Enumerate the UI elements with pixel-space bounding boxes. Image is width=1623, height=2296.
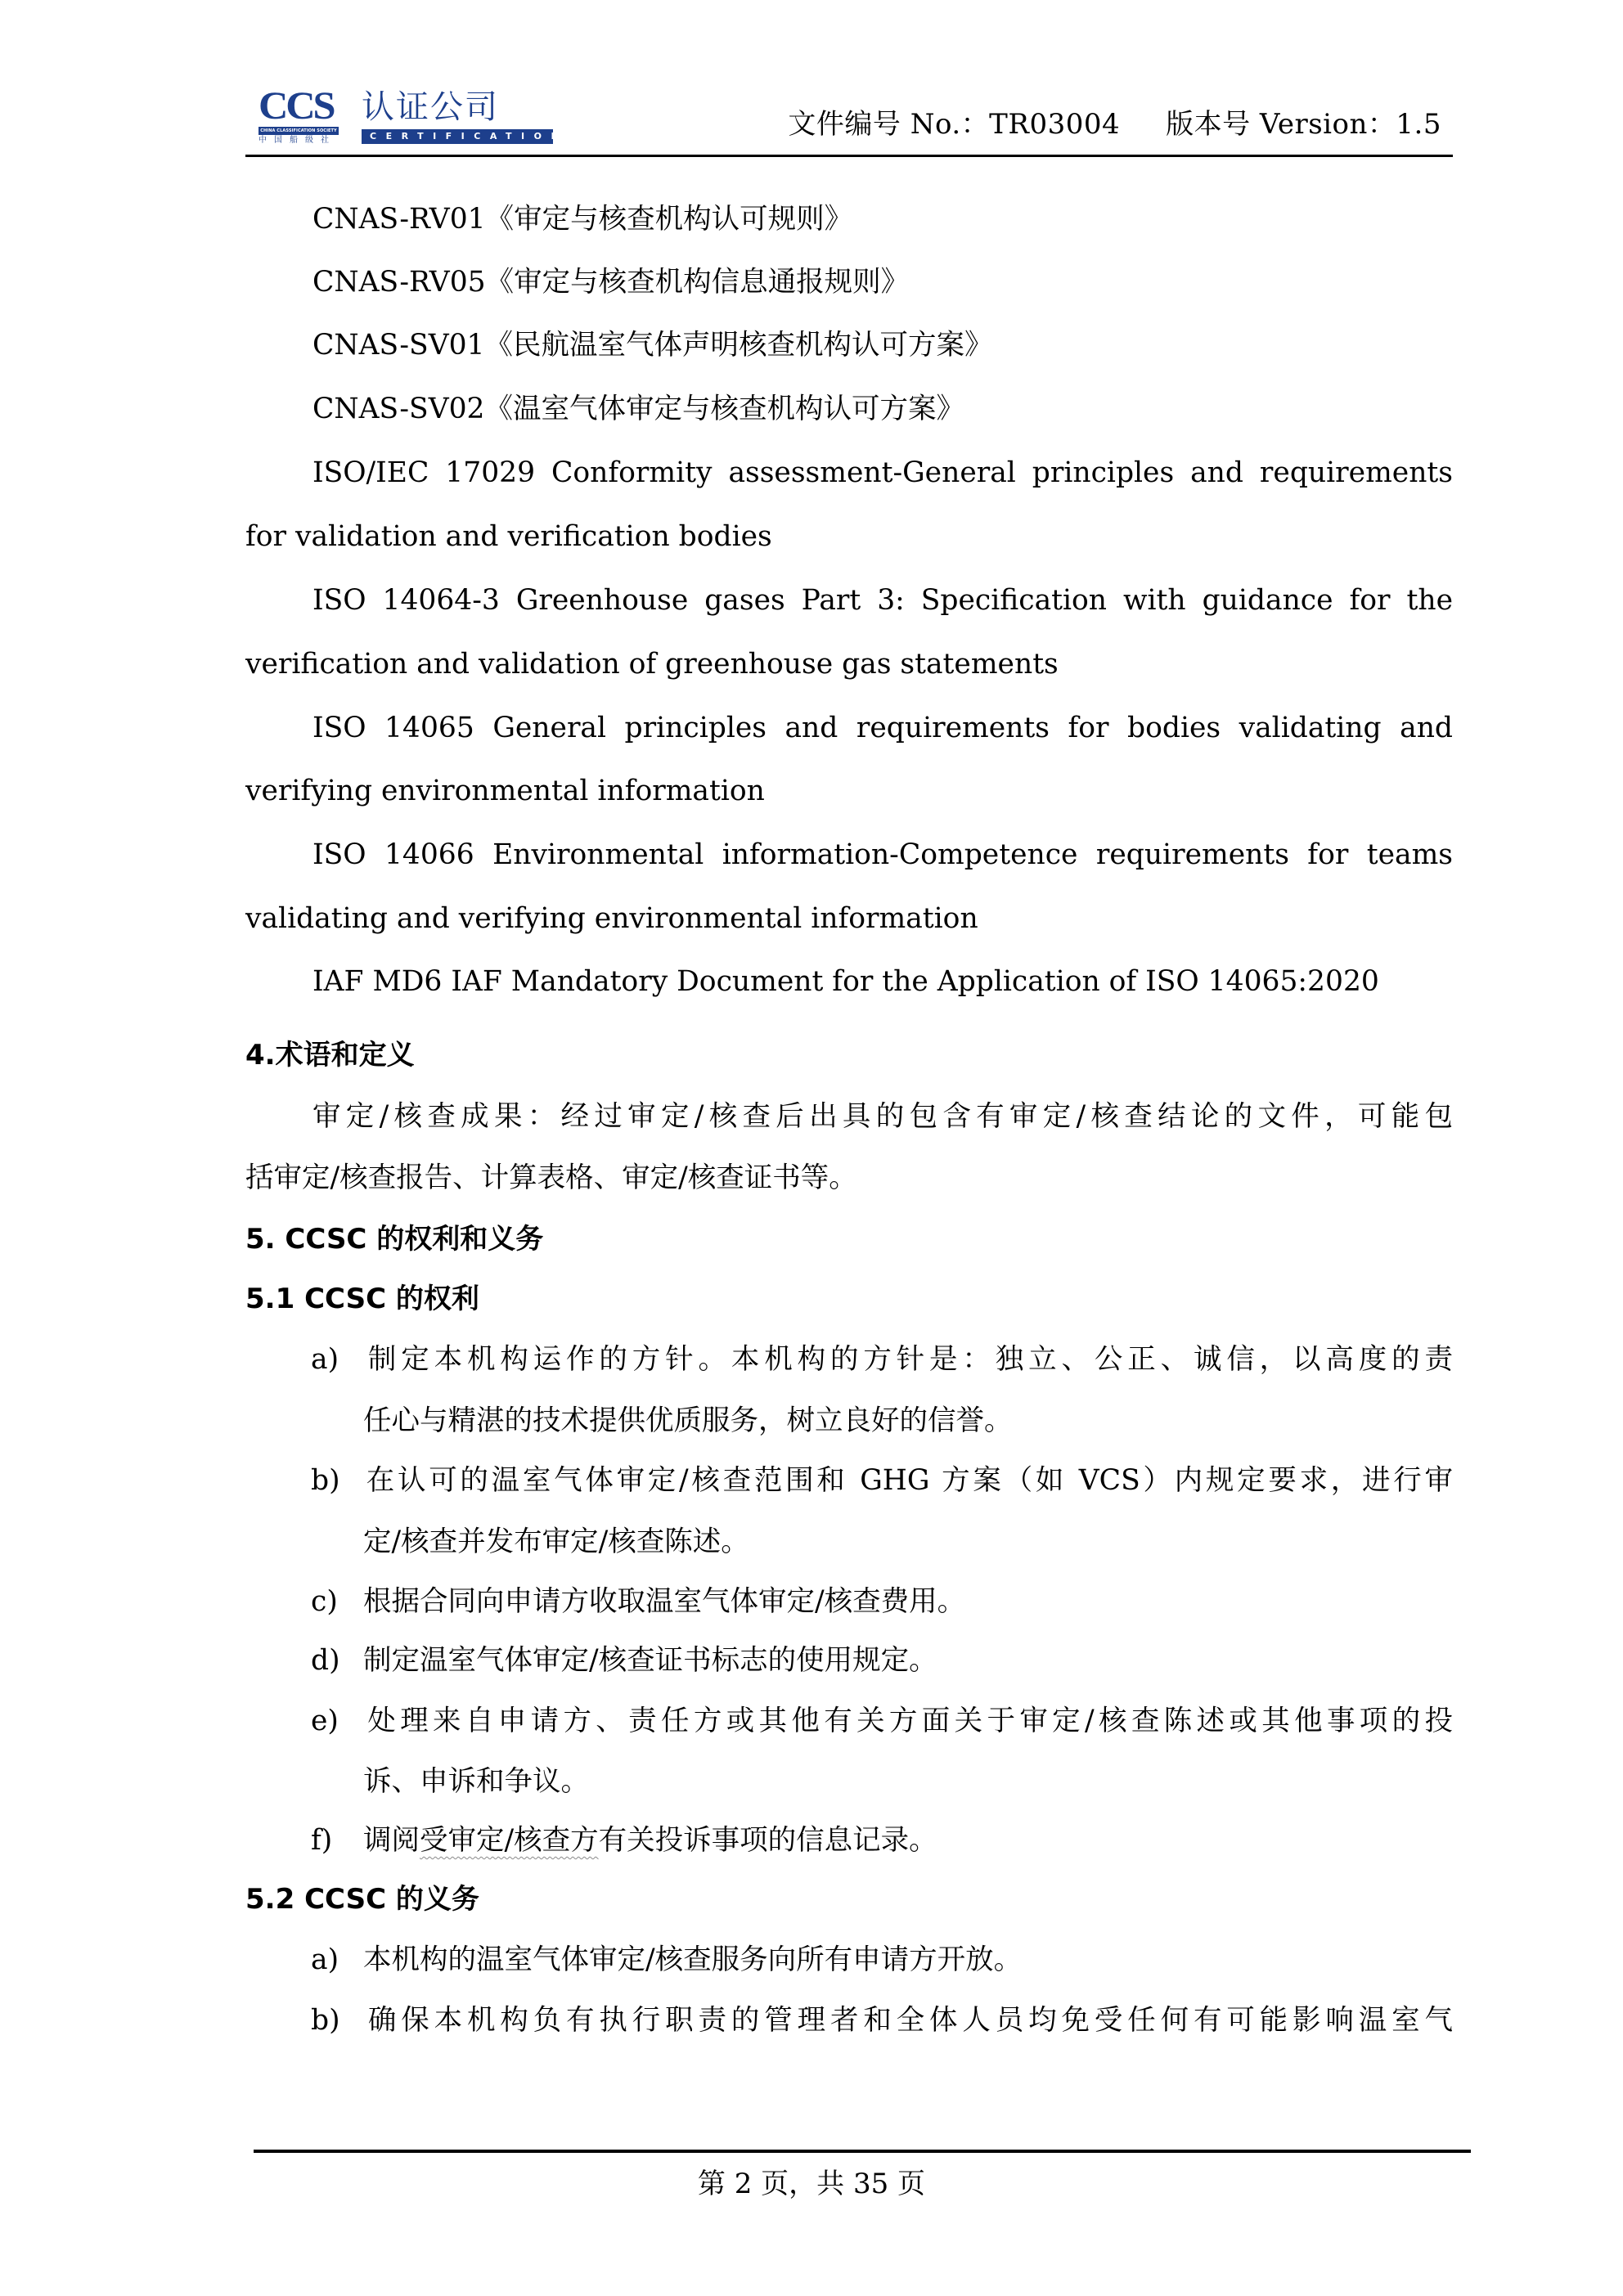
list-marker: b) — [311, 2002, 363, 2038]
standard-item-line: ISO/IEC 17029 Conformity assessment-Gene… — [312, 455, 1453, 491]
reference-item: CNAS-RV01《审定与核查机构认可规则》 — [312, 201, 1453, 237]
page-number: 第 2 页，共 35 页 — [0, 2166, 1623, 2202]
logo-certification-bar: CERTIFICATION — [362, 129, 553, 144]
list-marker: f) — [311, 1822, 363, 1858]
list-marker: a) — [311, 1341, 363, 1377]
list-marker: c) — [311, 1584, 363, 1620]
page-header: CCS CHINA CLASSIFICATION SOCIETY 中国船级社 认… — [245, 82, 1453, 157]
logo-society-chinese: 中国船级社 — [259, 136, 339, 146]
standard-item-line: for validation and verification bodies — [245, 519, 1453, 555]
reference-item: CNAS-SV02《温室气体审定与核查机构认可方案》 — [312, 391, 1453, 427]
definition-paragraph: 审定/核查成果：经过审定/核查后出具的包含有审定/核查结论的文件，可能包 — [312, 1099, 1453, 1135]
list-item: d)制定温室气体审定/核查证书标志的使用规定。 — [311, 1642, 1453, 1678]
logo-company-chinese: 认证公司 — [362, 90, 499, 124]
list-marker: e) — [311, 1703, 363, 1739]
list-item-continuation: 诉、申诉和争议。 — [363, 1764, 1453, 1800]
list-item-continuation: 任心与精湛的技术提供优质服务，树立良好的信誉。 — [363, 1403, 1453, 1439]
list-item: a)本机构的温室气体审定/核查服务向所有申请方开放。 — [311, 1942, 1453, 1978]
list-item: a)制定本机构运作的方针。本机构的方针是：独立、公正、诚信，以高度的责 — [311, 1341, 1453, 1377]
section-heading: 5. CCSC 的权利和义务 — [245, 1221, 1453, 1257]
list-marker: b) — [311, 1463, 363, 1498]
standard-item-line: verification and validation of greenhous… — [245, 646, 1453, 682]
standard-item-line: IAF MD6 IAF Mandatory Document for the A… — [312, 964, 1453, 1000]
version-label: 版本号 Version： — [1166, 108, 1396, 141]
document-meta: 文件编号 No.：TR03004版本号 Version：1.5 — [788, 106, 1441, 142]
standard-item-line: ISO 14066 Environmental information-Comp… — [312, 837, 1453, 873]
standard-item-line: verifying environmental information — [245, 773, 1453, 809]
doc-number: TR03004 — [989, 108, 1120, 141]
standard-item-line: ISO 14064-3 Greenhouse gases Part 3: Spe… — [312, 582, 1453, 618]
subsection-heading: 5.1 CCSC 的权利 — [245, 1281, 1453, 1317]
ccs-certification-logo: CCS CHINA CLASSIFICATION SOCIETY 中国船级社 认… — [252, 88, 563, 146]
list-item: e)处理来自申请方、责任方或其他有关方面关于审定/核查陈述或其他事项的投 — [311, 1703, 1453, 1739]
list-marker: a) — [311, 1942, 363, 1978]
footer-divider — [254, 2150, 1471, 2153]
grammar-flagged-text: 受审定/核查方 — [420, 1824, 599, 1857]
definition-paragraph: 括审定/核查报告、计算表格、审定/核查证书等。 — [245, 1160, 1453, 1196]
list-item: c)根据合同向申请方收取温室气体审定/核查费用。 — [311, 1584, 1453, 1620]
logo-society-english: CHINA CLASSIFICATION SOCIETY — [259, 127, 339, 135]
standard-item-line: validating and verifying environmental i… — [245, 901, 1453, 937]
reference-item: CNAS-SV01《民航温室气体声明核查机构认可方案》 — [312, 327, 1453, 363]
list-item: b)确保本机构负有执行职责的管理者和全体人员均免受任何有可能影响温室气 — [311, 2002, 1453, 2038]
reference-item: CNAS-RV05《审定与核查机构信息通报规则》 — [312, 264, 1453, 300]
version-number: 1.5 — [1396, 108, 1441, 141]
logo-ccs-mark: CCS — [259, 88, 333, 124]
standard-item-line: ISO 14065 General principles and require… — [312, 710, 1453, 746]
doc-number-label: 文件编号 No.： — [788, 108, 989, 141]
header-divider — [245, 155, 1453, 157]
list-item: f)调阅受审定/核查方有关投诉事项的信息记录。 — [311, 1822, 1453, 1858]
section-heading: 4.术语和定义 — [245, 1037, 1453, 1073]
list-marker: d) — [311, 1642, 363, 1678]
list-item-continuation: 定/核查并发布审定/核查陈述。 — [363, 1524, 1453, 1560]
list-item: b)在认可的温室气体审定/核查范围和 GHG 方案（如 VCS）内规定要求，进行… — [311, 1463, 1453, 1498]
subsection-heading: 5.2 CCSC 的义务 — [245, 1881, 1453, 1917]
